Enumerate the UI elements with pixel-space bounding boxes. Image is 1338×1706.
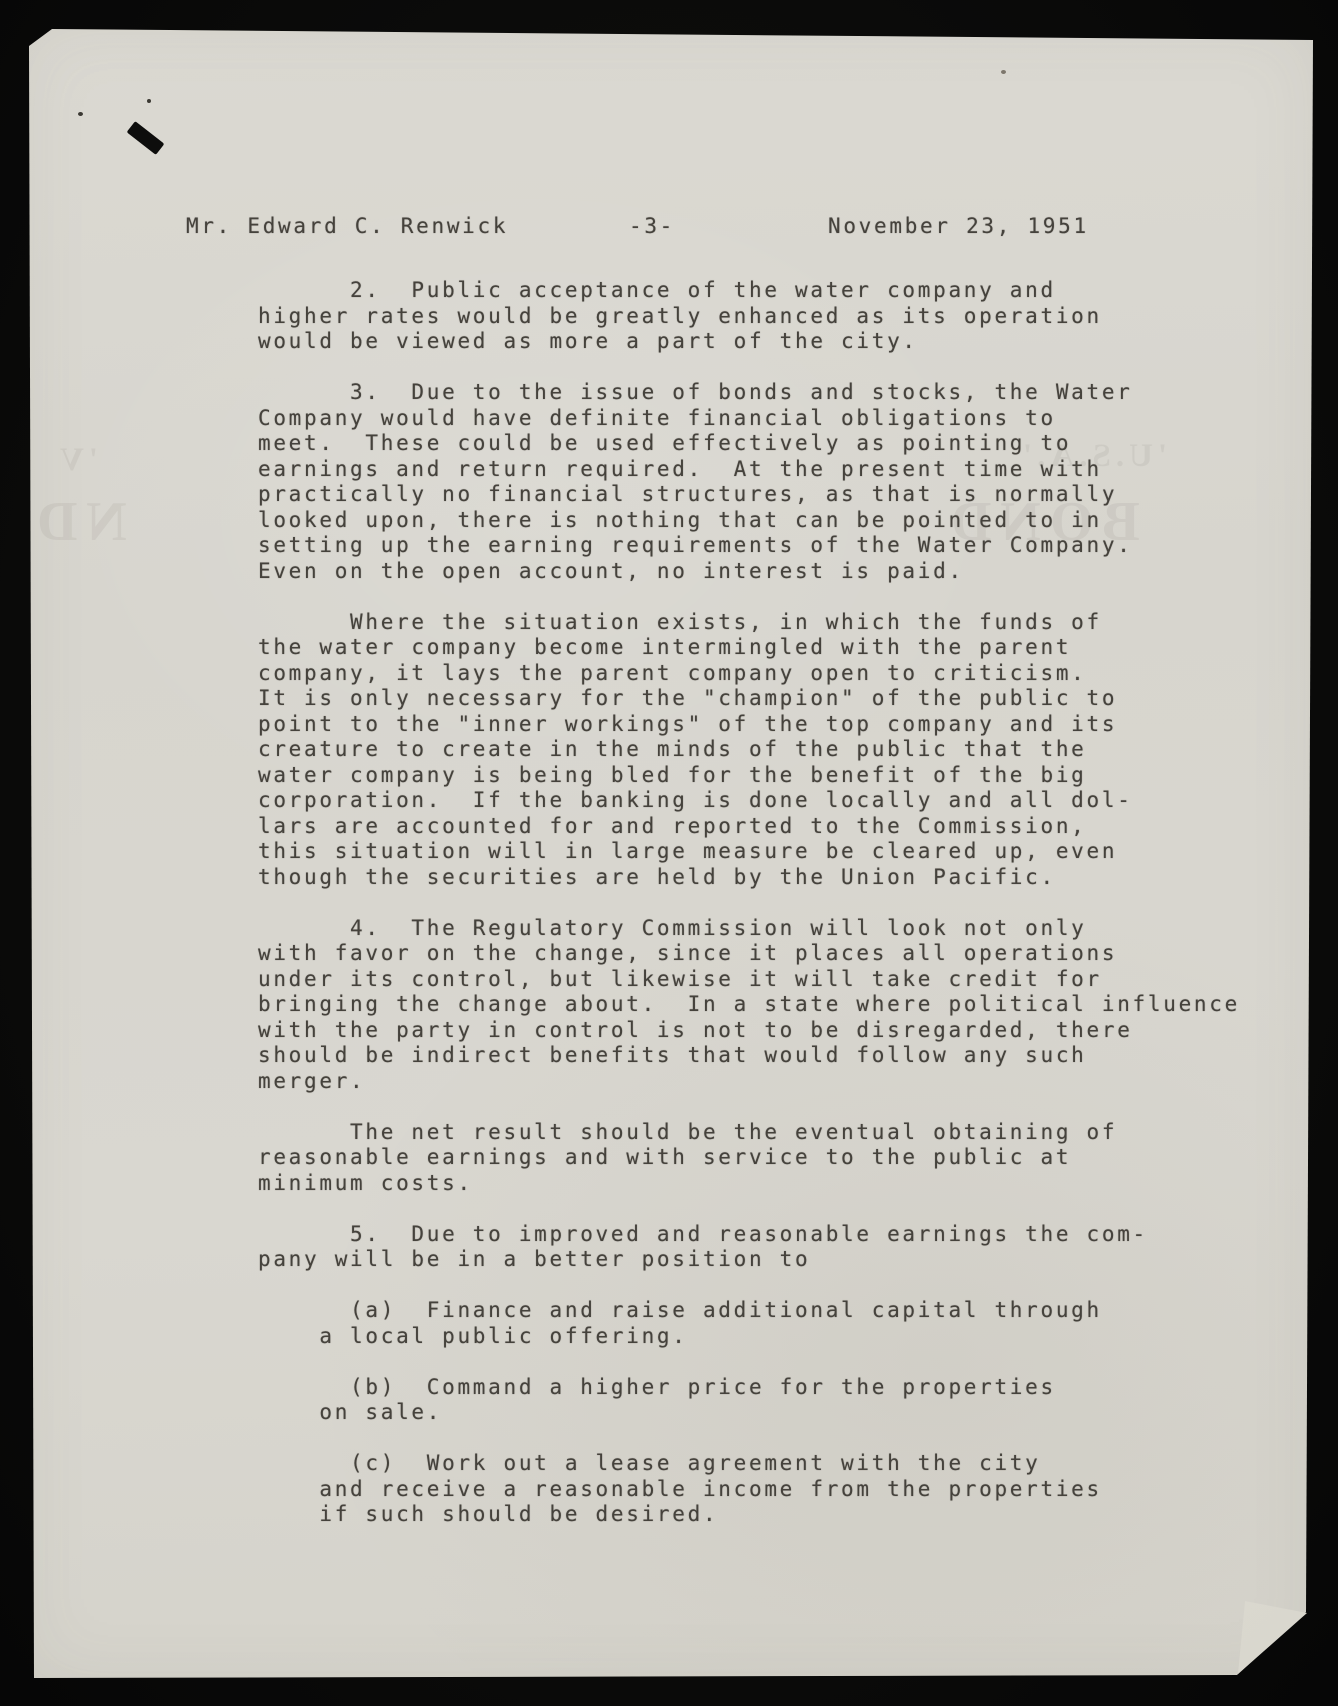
header-date: November 23, 1951	[828, 214, 1089, 238]
header-page-number: -3-	[629, 214, 675, 238]
header-recipient: Mr. Edward C. Renwick	[186, 214, 508, 238]
scanned-document: 'V 'U.S.A.' BOND ND Mr. Edward C. Renwic…	[0, 0, 1338, 1706]
document-header: Mr. Edward C. Renwick -3- November 23, 1…	[0, 214, 92, 334]
pinhole-mark	[78, 112, 83, 116]
pinhole-mark	[147, 99, 151, 103]
paper-sheet: 'V 'U.S.A.' BOND ND Mr. Edward C. Renwic…	[0, 0, 1338, 1706]
watermark-bleed-fragment-small: 'V	[55, 442, 98, 479]
ink-speck	[1001, 70, 1006, 74]
document-body-text: 2. Public acceptance of the water compan…	[258, 278, 1240, 1528]
watermark-bleed-fragment: ND	[28, 490, 127, 554]
